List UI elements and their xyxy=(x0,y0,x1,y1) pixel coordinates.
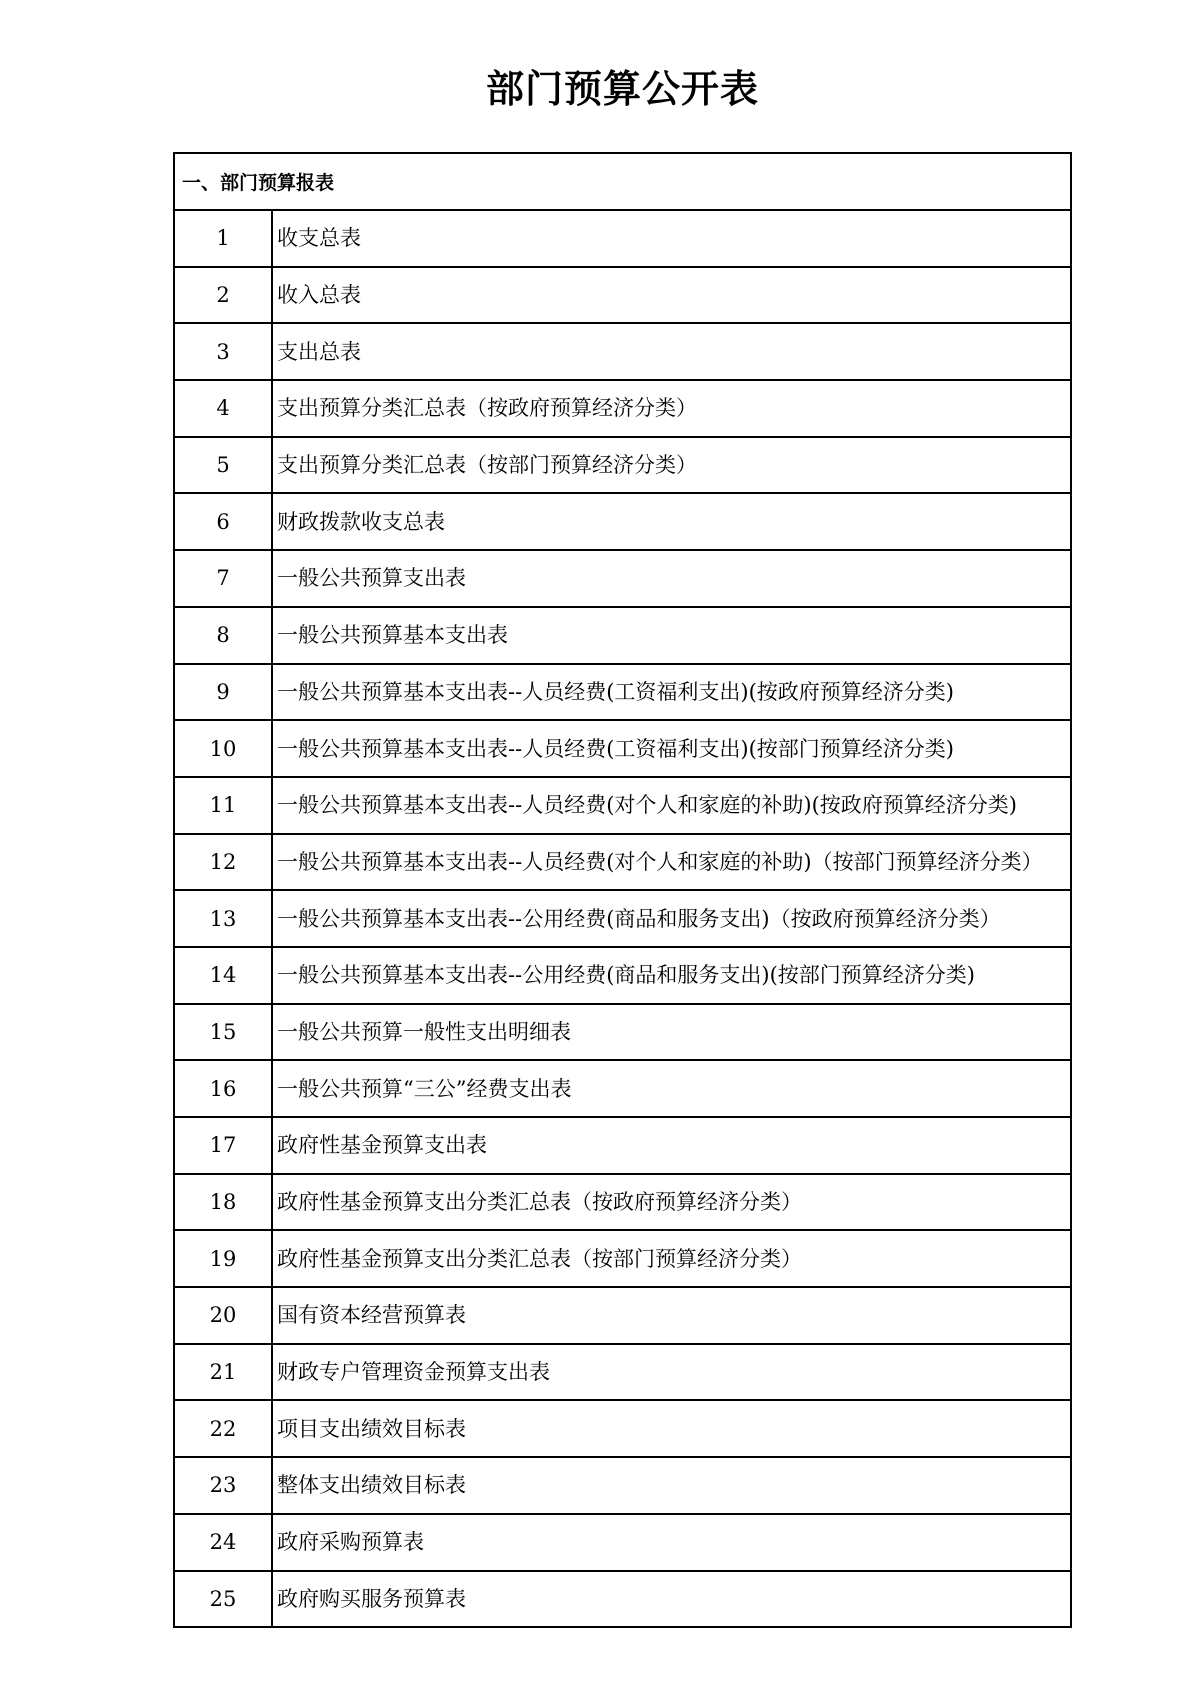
row-number: 15 xyxy=(175,1005,273,1060)
table-row: 25政府购买服务预算表 xyxy=(175,1572,1070,1627)
row-table-name: 项目支出绩效目标表 xyxy=(273,1401,1070,1456)
row-number: 1 xyxy=(175,211,273,266)
row-number: 18 xyxy=(175,1175,273,1230)
table-row: 19政府性基金预算支出分类汇总表（按部门预算经济分类） xyxy=(175,1231,1070,1288)
row-table-name: 政府购买服务预算表 xyxy=(273,1572,1070,1627)
table-row: 6财政拨款收支总表 xyxy=(175,494,1070,551)
table-row: 13一般公共预算基本支出表--公用经费(商品和服务支出)（按政府预算经济分类） xyxy=(175,891,1070,948)
row-number: 25 xyxy=(175,1572,273,1627)
row-table-name: 一般公共预算一般性支出明细表 xyxy=(273,1005,1070,1060)
table-row: 21财政专户管理资金预算支出表 xyxy=(175,1345,1070,1402)
row-number: 23 xyxy=(175,1458,273,1513)
row-number: 2 xyxy=(175,268,273,323)
table-row: 9一般公共预算基本支出表--人员经费(工资福利支出)(按政府预算经济分类) xyxy=(175,665,1070,722)
table-row: 22项目支出绩效目标表 xyxy=(175,1401,1070,1458)
row-table-name: 一般公共预算基本支出表--人员经费(工资福利支出)(按政府预算经济分类) xyxy=(273,665,1070,720)
table-row: 15一般公共预算一般性支出明细表 xyxy=(175,1005,1070,1062)
row-number: 6 xyxy=(175,494,273,549)
table-row: 1收支总表 xyxy=(175,211,1070,268)
row-number: 21 xyxy=(175,1345,273,1400)
table-row: 20国有资本经营预算表 xyxy=(175,1288,1070,1345)
row-number: 19 xyxy=(175,1231,273,1286)
row-number: 22 xyxy=(175,1401,273,1456)
row-number: 16 xyxy=(175,1061,273,1116)
row-number: 4 xyxy=(175,381,273,436)
table-row: 14一般公共预算基本支出表--公用经费(商品和服务支出)(按部门预算经济分类) xyxy=(175,948,1070,1005)
row-table-name: 支出总表 xyxy=(273,324,1070,379)
table-row: 2收入总表 xyxy=(175,268,1070,325)
table-row: 16一般公共预算“三公”经费支出表 xyxy=(175,1061,1070,1118)
table-row: 4支出预算分类汇总表（按政府预算经济分类） xyxy=(175,381,1070,438)
row-table-name: 一般公共预算基本支出表 xyxy=(273,608,1070,663)
row-table-name: 支出预算分类汇总表（按部门预算经济分类） xyxy=(273,438,1070,493)
row-number: 14 xyxy=(175,948,273,1003)
row-number: 10 xyxy=(175,721,273,776)
row-table-name: 一般公共预算“三公”经费支出表 xyxy=(273,1061,1070,1116)
row-table-name: 国有资本经营预算表 xyxy=(273,1288,1070,1343)
row-number: 5 xyxy=(175,438,273,493)
row-table-name: 一般公共预算基本支出表--人员经费(对个人和家庭的补助)（按部门预算经济分类） xyxy=(273,835,1070,890)
row-number: 12 xyxy=(175,835,273,890)
row-number: 11 xyxy=(175,778,273,833)
row-number: 3 xyxy=(175,324,273,379)
row-table-name: 支出预算分类汇总表（按政府预算经济分类） xyxy=(273,381,1070,436)
row-table-name: 一般公共预算基本支出表--人员经费(对个人和家庭的补助)(按政府预算经济分类) xyxy=(273,778,1070,833)
row-table-name: 一般公共预算支出表 xyxy=(273,551,1070,606)
table-body: 1收支总表2收入总表3支出总表4支出预算分类汇总表（按政府预算经济分类）5支出预… xyxy=(175,211,1070,1626)
row-table-name: 政府采购预算表 xyxy=(273,1515,1070,1570)
row-number: 17 xyxy=(175,1118,273,1173)
table-row: 5支出预算分类汇总表（按部门预算经济分类） xyxy=(175,438,1070,495)
row-table-name: 收入总表 xyxy=(273,268,1070,323)
table-row: 10一般公共预算基本支出表--人员经费(工资福利支出)(按部门预算经济分类) xyxy=(175,721,1070,778)
row-table-name: 财政专户管理资金预算支出表 xyxy=(273,1345,1070,1400)
row-table-name: 一般公共预算基本支出表--公用经费(商品和服务支出)(按部门预算经济分类) xyxy=(273,948,1070,1003)
table-row: 23整体支出绩效目标表 xyxy=(175,1458,1070,1515)
row-number: 24 xyxy=(175,1515,273,1570)
row-table-name: 收支总表 xyxy=(273,211,1070,266)
row-table-name: 政府性基金预算支出分类汇总表（按部门预算经济分类） xyxy=(273,1231,1070,1286)
row-table-name: 一般公共预算基本支出表--人员经费(工资福利支出)(按部门预算经济分类) xyxy=(273,721,1070,776)
row-table-name: 财政拨款收支总表 xyxy=(273,494,1070,549)
page-title: 部门预算公开表 xyxy=(173,58,1072,113)
table-row: 17政府性基金预算支出表 xyxy=(175,1118,1070,1175)
table-row: 11一般公共预算基本支出表--人员经费(对个人和家庭的补助)(按政府预算经济分类… xyxy=(175,778,1070,835)
table-row: 8一般公共预算基本支出表 xyxy=(175,608,1070,665)
row-number: 7 xyxy=(175,551,273,606)
row-table-name: 一般公共预算基本支出表--公用经费(商品和服务支出)（按政府预算经济分类） xyxy=(273,891,1070,946)
row-number: 9 xyxy=(175,665,273,720)
section-header: 一、部门预算报表 xyxy=(175,154,1070,211)
budget-tables-list: 一、部门预算报表 1收支总表2收入总表3支出总表4支出预算分类汇总表（按政府预算… xyxy=(173,152,1072,1628)
row-table-name: 政府性基金预算支出分类汇总表（按政府预算经济分类） xyxy=(273,1175,1070,1230)
table-row: 24政府采购预算表 xyxy=(175,1515,1070,1572)
table-row: 3支出总表 xyxy=(175,324,1070,381)
row-table-name: 政府性基金预算支出表 xyxy=(273,1118,1070,1173)
table-row: 18政府性基金预算支出分类汇总表（按政府预算经济分类） xyxy=(175,1175,1070,1232)
table-row: 7一般公共预算支出表 xyxy=(175,551,1070,608)
table-row: 12一般公共预算基本支出表--人员经费(对个人和家庭的补助)（按部门预算经济分类… xyxy=(175,835,1070,892)
row-number: 20 xyxy=(175,1288,273,1343)
row-table-name: 整体支出绩效目标表 xyxy=(273,1458,1070,1513)
section-header-label: 一、部门预算报表 xyxy=(182,168,334,195)
row-number: 13 xyxy=(175,891,273,946)
row-number: 8 xyxy=(175,608,273,663)
